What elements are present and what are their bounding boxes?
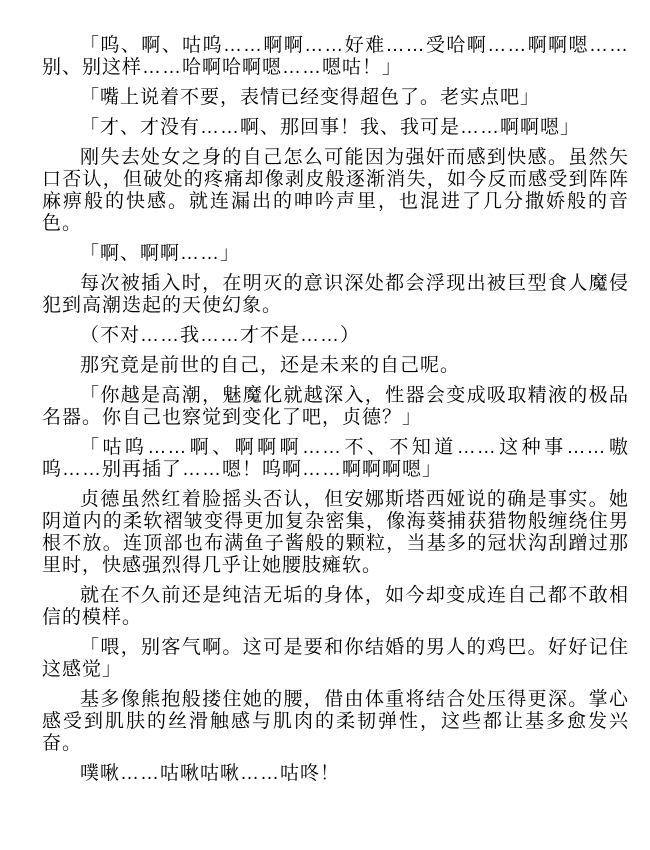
text-content: 「呜、啊、咕呜……啊啊……好难……受哈啊……啊啊嗯……别、别这样……哈啊哈啊嗯……	[42, 35, 629, 785]
paragraph: 那究竟是前世的自己，还是未来的自己呢。	[42, 355, 629, 377]
paragraph: 基多像熊抱般搂住她的腰，借由体重将结合处压得更深。掌心感受到肌肤的丝滑触感与肌肉…	[42, 689, 629, 755]
paragraph: （不对……我……才不是……）	[42, 325, 629, 347]
paragraph: 「喂，别客气啊。这可是要和你结婚的男人的鸡巴。好好记住这感觉」	[42, 637, 629, 681]
paragraph: 「啊、啊啊……」	[42, 243, 629, 265]
paragraph: 噗啾……咕啾咕啾……咕咚！	[42, 763, 629, 785]
paragraph: 「你越是高潮，魅魔化就越深入，性器会变成吸取精液的极品名器。你自己也察觉到变化了…	[42, 385, 629, 429]
document-page: 「呜、啊、咕呜……啊啊……好难……受哈啊……啊啊嗯……别、别这样……哈啊哈啊嗯……	[0, 0, 650, 850]
paragraph: 就在不久前还是纯洁无垢的身体，如今却变成连自己都不敢相信的模样。	[42, 585, 629, 629]
paragraph: 每次被插入时，在明灭的意识深处都会浮现出被巨型食人魔侵犯到高潮迭起的天使幻象。	[42, 273, 629, 317]
paragraph: 贞德虽然红着脸摇头否认，但安娜斯塔西娅说的确是事实。她阴道内的柔软褶皱变得更加复…	[42, 489, 629, 577]
paragraph: 「才、才没有……啊、那回事！我、我可是……啊啊嗯」	[42, 117, 629, 139]
paragraph: 刚失去处女之身的自己怎么可能因为强奸而感到快感。虽然矢口否认，但破处的疼痛却像剥…	[42, 147, 629, 235]
paragraph: 「咕呜……啊、啊啊啊……不、不知道……这种事……嗷呜……别再插了……嗯！呜啊………	[42, 437, 629, 481]
paragraph: 「呜、啊、咕呜……啊啊……好难……受哈啊……啊啊嗯……别、别这样……哈啊哈啊嗯……	[42, 35, 629, 79]
paragraph: 「嘴上说着不要，表情已经变得超色了。老实点吧」	[42, 87, 629, 109]
